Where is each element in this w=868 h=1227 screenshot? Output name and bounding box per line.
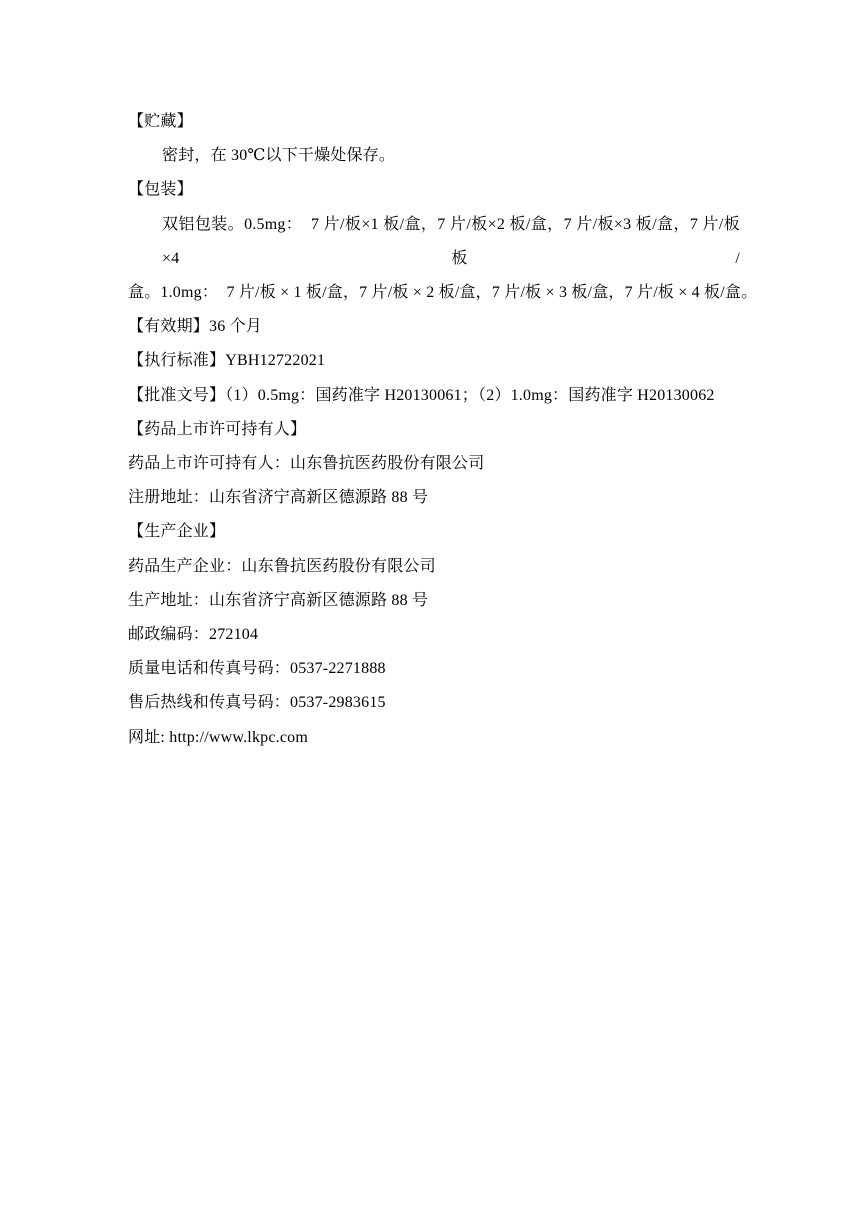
packaging-line-1: 双铝包装。0.5mg： 7 片/板×1 板/盒，7 片/板×2 板/盒，7 片/… (128, 208, 740, 276)
mah-heading: 【药品上市许可持有人】 (128, 413, 740, 447)
standard-line: 【执行标准】YBH12722021 (128, 344, 740, 378)
storage-text: 密封，在 30℃以下干燥处保存。 (128, 139, 740, 173)
validity-line: 【有效期】36 个月 (128, 310, 740, 344)
production-address-line: 生产地址：山东省济宁高新区德源路 88 号 (128, 584, 740, 618)
approval-line: 【批准文号】（1）0.5mg：国药准字 H20130061；（2）1.0mg：国… (128, 379, 740, 413)
packaging-line-2: 盒。1.0mg： 7 片/板 × 1 板/盒，7 片/板 × 2 板/盒，7 片… (128, 276, 740, 310)
service-phone-line: 售后热线和传真号码：0537-2983615 (128, 686, 740, 720)
website-line: 网址: http://www.lkpc.com (128, 721, 740, 755)
mah-holder-line: 药品上市许可持有人：山东鲁抗医药股份有限公司 (128, 447, 740, 481)
packaging-heading: 【包装】 (128, 173, 740, 207)
manufacturer-company-line: 药品生产企业：山东鲁抗医药股份有限公司 (128, 550, 740, 584)
document-page: 【贮藏】 密封，在 30℃以下干燥处保存。 【包装】 双铝包装。0.5mg： 7… (0, 0, 868, 755)
registered-address-line: 注册地址：山东省济宁高新区德源路 88 号 (128, 481, 740, 515)
manufacturer-heading: 【生产企业】 (128, 515, 740, 549)
quality-phone-line: 质量电话和传真号码：0537-2271888 (128, 652, 740, 686)
postcode-line: 邮政编码：272104 (128, 618, 740, 652)
storage-heading: 【贮藏】 (128, 105, 740, 139)
